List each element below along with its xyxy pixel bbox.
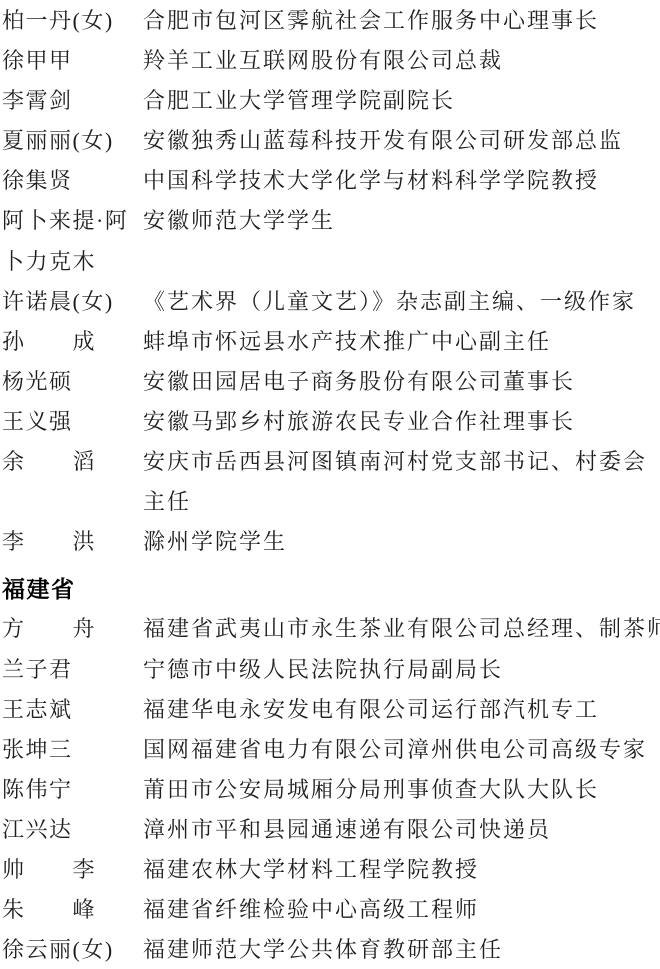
recipient-row: 徐甲甲 羚羊工业互联网股份有限公司总裁 xyxy=(2,41,660,81)
recipient-title: 安徽田园居电子商务股份有限公司董事长 xyxy=(143,362,660,402)
recipient-title-line: 安徽师范大学学生 xyxy=(143,201,660,241)
recipient-title-line: 安徽马郢乡村旅游农民专业合作社理事长 xyxy=(143,402,660,442)
recipient-title: 福建华电永安发电有限公司运行部汽机专工 xyxy=(143,690,660,730)
recipient-row: 王义强 安徽马郢乡村旅游农民专业合作社理事长 xyxy=(2,402,660,442)
recipient-title: 安徽师范大学学生 xyxy=(143,201,660,241)
recipient-row: 杨光硕 安徽田园居电子商务股份有限公司董事长 xyxy=(2,362,660,402)
recipient-title-line: 莆田市公安局城厢分局刑事侦查大队大队长 xyxy=(143,770,660,810)
recipient-title-line: 宁德市中级人民法院执行局副局长 xyxy=(143,650,660,690)
recipient-name: 张坤三 xyxy=(2,730,143,770)
recipient-title-line: 福建华电永安发电有限公司运行部汽机专工 xyxy=(143,690,660,730)
recipient-list: 柏一丹(女) 合肥市包河区霁航社会工作服务中心理事长 徐甲甲 羚羊工业互联网股份… xyxy=(2,1,660,969)
recipient-name: 王义强 xyxy=(2,402,143,442)
recipient-row: 帅 李 福建农林大学材料工程学院教授 xyxy=(2,850,660,890)
recipient-title: 国网福建省电力有限公司漳州供电公司高级专家 xyxy=(143,730,660,770)
recipient-name: 徐集贤 xyxy=(2,161,143,201)
recipient-title-line: 福建省武夷山市永生茶业有限公司总经理、制茶师 xyxy=(143,609,660,649)
recipient-title-line: 《艺术界（儿童文艺）》杂志副主编、一级作家 xyxy=(143,282,660,322)
recipient-row: 孙 成 蚌埠市怀远县水产技术推广中心副主任 xyxy=(2,322,660,362)
recipient-name: 夏丽丽(女) xyxy=(2,121,143,161)
recipient-name: 柏一丹(女) xyxy=(2,1,143,41)
recipient-title-line: 羚羊工业互联网股份有限公司总裁 xyxy=(143,41,660,81)
recipient-title: 福建省纤维检验中心高级工程师 xyxy=(143,890,660,930)
recipient-title-line: 福建农林大学材料工程学院教授 xyxy=(143,850,660,890)
recipient-row: 许诺晨(女) 《艺术界（儿童文艺）》杂志副主编、一级作家 xyxy=(2,282,660,322)
recipient-row: 江兴达 漳州市平和县园通速递有限公司快递员 xyxy=(2,810,660,850)
recipient-title: 福建师范大学公共体育教研部主任 xyxy=(143,930,660,969)
recipient-row: 王志斌 福建华电永安发电有限公司运行部汽机专工 xyxy=(2,690,660,730)
recipient-name: 江兴达 xyxy=(2,810,143,850)
recipient-name: 孙 成 xyxy=(2,322,143,362)
document-page: { "page": { "background_color": "#ffffff… xyxy=(0,0,660,969)
recipient-title-line: 合肥市包河区霁航社会工作服务中心理事长 xyxy=(143,1,660,41)
recipient-name: 帅 李 xyxy=(2,850,143,890)
recipient-name: 徐云丽(女) xyxy=(2,930,143,969)
recipient-title: 莆田市公安局城厢分局刑事侦查大队大队长 xyxy=(143,770,660,810)
recipient-row: 余 滔 安庆市岳西县河图镇南河村党支部书记、村委会 主任 xyxy=(2,442,660,522)
recipient-name: 阿卜来提·阿卜力克木 xyxy=(2,201,143,281)
recipient-row: 陈伟宁 莆田市公安局城厢分局刑事侦查大队大队长 xyxy=(2,770,660,810)
recipient-name: 李 洪 xyxy=(2,522,143,562)
recipient-title: 羚羊工业互联网股份有限公司总裁 xyxy=(143,41,660,81)
recipient-title-line: 蚌埠市怀远县水产技术推广中心副主任 xyxy=(143,322,660,362)
recipient-name: 许诺晨(女) xyxy=(2,282,143,322)
recipient-title-line: 福建师范大学公共体育教研部主任 xyxy=(143,930,660,969)
province-section-heading: 福建省 xyxy=(2,569,660,609)
honor-roll-page: 柏一丹(女) 合肥市包河区霁航社会工作服务中心理事长 徐甲甲 羚羊工业互联网股份… xyxy=(0,0,660,969)
recipient-title: 合肥市包河区霁航社会工作服务中心理事长 xyxy=(143,1,660,41)
recipient-title: 宁德市中级人民法院执行局副局长 xyxy=(143,650,660,690)
recipient-title-line: 滁州学院学生 xyxy=(143,522,660,562)
recipient-title-line: 国网福建省电力有限公司漳州供电公司高级专家 xyxy=(143,730,660,770)
recipient-title-line: 安徽独秀山蓝莓科技开发有限公司研发部总监 xyxy=(143,121,660,161)
recipient-title: 漳州市平和县园通速递有限公司快递员 xyxy=(143,810,660,850)
recipient-name: 王志斌 xyxy=(2,690,143,730)
recipient-row: 张坤三 国网福建省电力有限公司漳州供电公司高级专家 xyxy=(2,730,660,770)
recipient-title: 中国科学技术大学化学与材料科学学院教授 xyxy=(143,161,660,201)
recipient-title: 福建农林大学材料工程学院教授 xyxy=(143,850,660,890)
recipient-title-line: 福建省纤维检验中心高级工程师 xyxy=(143,890,660,930)
recipient-title: 蚌埠市怀远县水产技术推广中心副主任 xyxy=(143,322,660,362)
recipient-title-line: 安徽田园居电子商务股份有限公司董事长 xyxy=(143,362,660,402)
recipient-name: 兰子君 xyxy=(2,650,143,690)
recipient-title: 滁州学院学生 xyxy=(143,522,660,562)
recipient-row: 徐云丽(女) 福建师范大学公共体育教研部主任 xyxy=(2,930,660,969)
recipient-title: 福建省武夷山市永生茶业有限公司总经理、制茶师 xyxy=(143,609,660,649)
recipient-title: 《艺术界（儿童文艺）》杂志副主编、一级作家 xyxy=(143,282,660,322)
recipient-title-line: 中国科学技术大学化学与材料科学学院教授 xyxy=(143,161,660,201)
recipient-title: 安庆市岳西县河图镇南河村党支部书记、村委会 主任 xyxy=(143,442,660,522)
recipient-row: 兰子君 宁德市中级人民法院执行局副局长 xyxy=(2,650,660,690)
recipient-row: 夏丽丽(女) 安徽独秀山蓝莓科技开发有限公司研发部总监 xyxy=(2,121,660,161)
recipient-title: 合肥工业大学管理学院副院长 xyxy=(143,81,660,121)
recipient-name: 余 滔 xyxy=(2,442,143,482)
recipient-name: 方 舟 xyxy=(2,609,143,649)
recipient-row: 李霄剑 合肥工业大学管理学院副院长 xyxy=(2,81,660,121)
recipient-title-line: 安庆市岳西县河图镇南河村党支部书记、村委会 xyxy=(143,442,660,482)
recipient-row: 徐集贤 中国科学技术大学化学与材料科学学院教授 xyxy=(2,161,660,201)
recipient-row: 阿卜来提·阿卜力克木 安徽师范大学学生 xyxy=(2,201,660,281)
recipient-row: 柏一丹(女) 合肥市包河区霁航社会工作服务中心理事长 xyxy=(2,1,660,41)
recipient-row: 方 舟 福建省武夷山市永生茶业有限公司总经理、制茶师 xyxy=(2,609,660,649)
recipient-title: 安徽独秀山蓝莓科技开发有限公司研发部总监 xyxy=(143,121,660,161)
recipient-name: 徐甲甲 xyxy=(2,41,143,81)
recipient-title-line: 合肥工业大学管理学院副院长 xyxy=(143,81,660,121)
recipient-row: 朱 峰 福建省纤维检验中心高级工程师 xyxy=(2,890,660,930)
recipient-name: 杨光硕 xyxy=(2,362,143,402)
recipient-name: 李霄剑 xyxy=(2,81,143,121)
recipient-title-line: 主任 xyxy=(143,482,660,522)
recipient-name: 朱 峰 xyxy=(2,890,143,930)
recipient-title-line: 漳州市平和县园通速递有限公司快递员 xyxy=(143,810,660,850)
recipient-row: 李 洪 滁州学院学生 xyxy=(2,522,660,562)
recipient-title: 安徽马郢乡村旅游农民专业合作社理事长 xyxy=(143,402,660,442)
recipient-name: 陈伟宁 xyxy=(2,770,143,810)
